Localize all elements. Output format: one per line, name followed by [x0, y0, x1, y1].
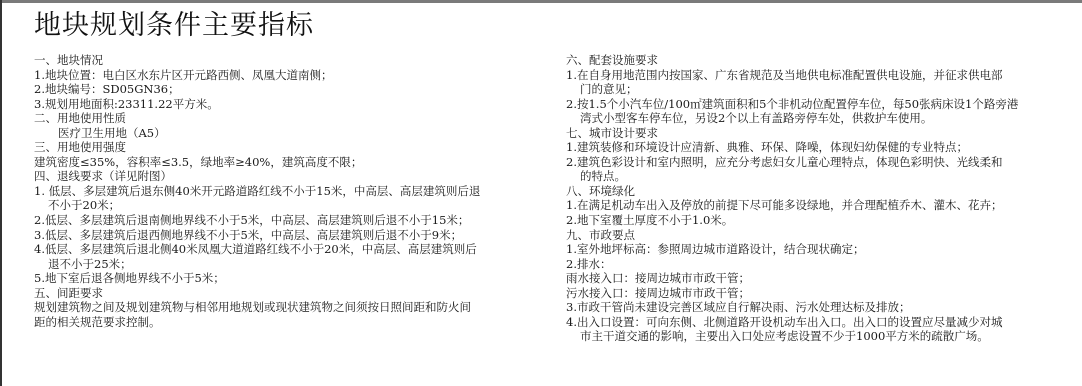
text-line: 距的相关规范要求控制。	[34, 315, 534, 330]
text-line: 1.室外地坪标高：参照周边城市道路设计，结合现状确定；	[566, 242, 1076, 257]
text-line: 湾式小型客车停车位，另设2个以上有盖路旁停车处，供救护车使用。	[566, 111, 1076, 126]
text-line: 规划建筑物之间及规划建筑物与相邻用地规划或现状建筑物之间须按日照间距和防火间	[34, 300, 534, 315]
left-border-rule	[0, 0, 2, 386]
text-line: 2.建筑色彩设计和室内照明，应充分考虑妇女儿童心理特点，体现色彩明快、光线柔和	[566, 155, 1076, 170]
text-line: 2.按1.5个小汽车位/100㎡建筑面积和5个非机动位配置停车位，每50张病床设…	[566, 97, 1076, 112]
text-line: 医疗卫生用地（A5）	[34, 126, 534, 141]
section-heading: 七、城市设计要求	[566, 126, 1076, 141]
text-line: 不小于20米；	[34, 198, 534, 213]
section-heading: 二、用地使用性质	[34, 111, 534, 126]
page-title: 地块规划条件主要指标	[34, 9, 314, 43]
text-line: 3.低层、多层建筑后退西侧地界线不小于5米，中高层、高层建筑则后退不小于9米；	[34, 228, 534, 243]
top-border-rule	[0, 0, 1082, 3]
text-line: 的特点。	[566, 169, 1076, 184]
text-line: 门的意见；	[566, 82, 1076, 97]
text-line: 3.市政干管尚未建设完善区域应自行解决雨、污水处理达标及排放；	[566, 300, 1076, 315]
text-line: 4.出入口设置：可向东侧、北侧道路开设机动车出入口。出入口的设置应尽量减少对城	[566, 315, 1076, 330]
text-line: 1.建筑装修和环境设计应清新、典雅、环保、降噪，体现妇幼保健的专业特点；	[566, 140, 1076, 155]
text-line: 退不小于25米；	[34, 257, 534, 272]
section-heading: 三、用地使用强度	[34, 140, 534, 155]
section-heading: 九、市政要点	[566, 228, 1076, 243]
text-line: 雨水接入口：接周边城市市政干管；	[566, 271, 1076, 286]
text-line: 2.排水：	[566, 257, 1076, 272]
text-line: 1.在自身用地范围内按国家、广东省规范及当地供电标准配置供电设施，并征求供电部	[566, 68, 1076, 83]
section-heading: 五、间距要求	[34, 286, 534, 301]
text-line: 1.地块位置：电白区水东片区开元路西侧、凤凰大道南侧；	[34, 68, 534, 83]
text-line: 4.低层、多层建筑后退北侧40米凤凰大道道路红线不小于20米，中高层、高层建筑则…	[34, 242, 534, 257]
section-heading: 一、地块情况	[34, 53, 534, 68]
text-line: 1. 低层、多层建筑后退东侧40米开元路道路红线不小于15米，中高层、高层建筑则…	[34, 184, 534, 199]
document-page: 地块规划条件主要指标 一、地块情况1.地块位置：电白区水东片区开元路西侧、凤凰大…	[0, 0, 1082, 386]
left-column: 一、地块情况1.地块位置：电白区水东片区开元路西侧、凤凰大道南侧；2.地块编号：…	[34, 53, 534, 329]
text-line: 2.地块编号：SD05GN36；	[34, 82, 534, 97]
text-line: 市主干道交通的影响，主要出入口处应考虑设置不少于1000平方米的疏散广场。	[566, 329, 1076, 344]
text-line: 3.规划用地面积:23311.22平方米。	[34, 97, 534, 112]
section-heading: 八、环境绿化	[566, 184, 1076, 199]
section-heading: 六、配套设施要求	[566, 53, 1076, 68]
text-line: 建筑密度≤35%，容积率≤3.5，绿地率≥40%，建筑高度不限；	[34, 155, 534, 170]
text-line: 污水接入口：接周边城市市政干管；	[566, 286, 1076, 301]
text-line: 1.在满足机动车出入及停放的前提下尽可能多设绿地，并合理配植乔木、灌木、花卉；	[566, 198, 1076, 213]
section-heading: 四、退线要求（详见附图）	[34, 169, 534, 184]
text-line: 5.地下室后退各侧地界线不小于5米；	[34, 271, 534, 286]
right-column: 六、配套设施要求1.在自身用地范围内按国家、广东省规范及当地供电标准配置供电设施…	[566, 53, 1076, 344]
text-line: 2.地下室覆土厚度不小于1.0米。	[566, 213, 1076, 228]
text-line: 2.低层、多层建筑后退南侧地界线不小于5米，中高层、高层建筑则后退不小于15米；	[34, 213, 534, 228]
